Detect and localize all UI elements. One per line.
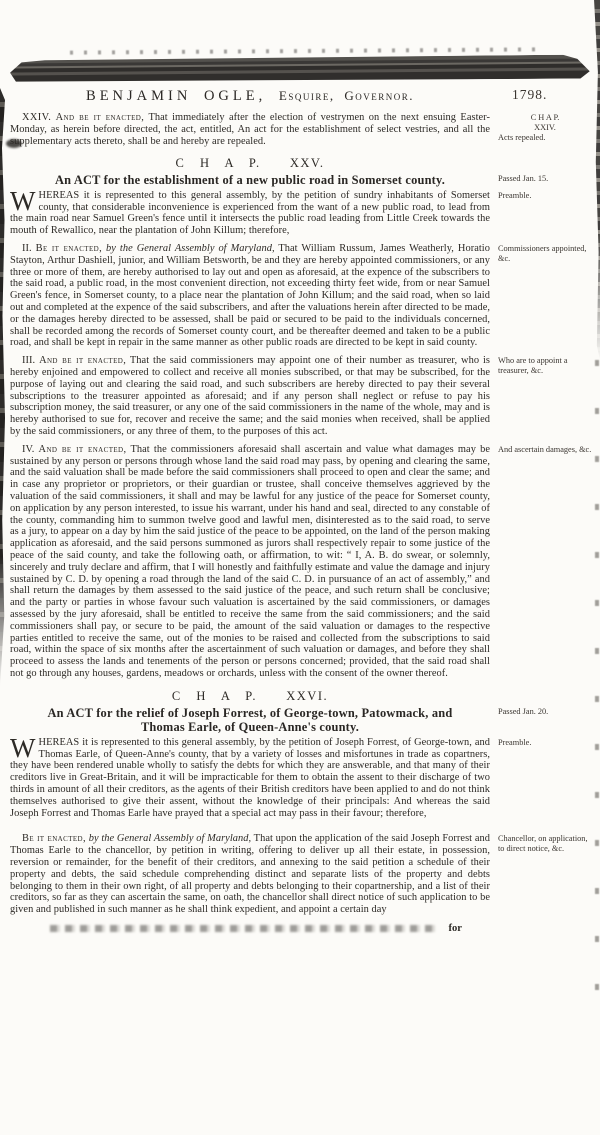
margin-chap-num: XXIV. [498,123,592,133]
margin-preamble: Preamble. [498,737,592,826]
section-number: IV. [22,444,34,455]
chapter-xxv-heading-row: C H A P. XXV. [10,153,592,173]
section-xxvi-enacted-row: Be it enacted, by the General Assembly o… [10,833,592,922]
preamble-xxv: WHEREAS it is represented to this genera… [10,190,490,237]
section-iii-row: III. And be it enacted, That the said co… [10,355,592,444]
chap-word: C H A P. [172,689,257,703]
chap-number: XXVI. [286,689,328,703]
act-xxvi-title: An ACT for the relief of Joseph Forrest,… [10,706,490,735]
section-number: II. [22,243,32,254]
page-right-edge-specks [595,360,599,1000]
section-text: That William Russum, James Weatherly, Ho… [10,243,490,348]
catchword-row: for [10,923,592,934]
page-right-edge-shadow [593,0,600,360]
act-xxvi-title-row: An ACT for the relief of Joseph Forrest,… [10,706,592,737]
margin-chap: C H A P. [498,113,592,123]
catchword: for [448,923,490,934]
section-ii-row: II. Be it enacted, by the General Assemb… [10,243,592,355]
enacting-words: And be it enacted, [56,112,145,123]
section-text: That the said commissioners may appoint … [10,355,490,437]
margin-passed-jan-20: Passed Jan. 20. [498,706,592,737]
chapter-xxv-heading: C H A P. XXV. [10,156,490,171]
preamble-text: HEREAS it is represented to this general… [10,737,490,819]
act-title-line-1: An ACT for the relief of Joseph Forrest,… [10,706,490,721]
year-label: 1798. [498,88,592,105]
section-xxiv-paragraph: XXIV. And be it enacted, That immediatel… [10,112,490,147]
section-iv-paragraph: IV. And be it enacted, That the commissi… [10,444,490,680]
chapter-xxvi-heading: C H A P. XXVI. [10,689,490,704]
margin-commissioners: Commissioners appointed, &c. [498,243,592,355]
governor-name: BENJAMIN OGLE, [86,88,266,104]
act-xxv-title-row: An ACT for the establishment of a new pu… [10,173,592,190]
enacting-words: Be it enacted, [22,833,86,844]
section-iii-paragraph: III. And be it enacted, That the said co… [10,355,490,438]
enacting-words: And be it enacted, [39,355,126,366]
scan-speckle-line [70,47,540,54]
margin-treasurer: Who are to appoint a treasurer, &c. [498,355,592,444]
page-content: BENJAMIN OGLE, Esquire, Governor. 1798. … [10,88,592,934]
margin-chancellor: Chancellor, on application, to direct no… [498,833,592,922]
page-top-edge-shadow [10,54,592,83]
drop-cap: W [10,737,39,759]
preamble-text: HEREAS it is represented to this general… [10,190,490,236]
margin-acts-repealed: Acts repealed. [498,133,592,143]
margin-preamble: Preamble. [498,190,592,243]
preamble-xxvi: WHEREAS it is represented to this genera… [10,737,490,820]
chapter-xxvi-heading-row: C H A P. XXVI. [10,686,592,706]
running-head: BENJAMIN OGLE, Esquire, Governor. 1798. [10,88,592,105]
enacting-authority: by the General Assembly of Maryland, [89,833,251,844]
section-number: XXIV. [22,112,51,123]
section-number: III. [22,355,35,366]
act-xxv-title: An ACT for the establishment of a new pu… [10,173,490,188]
governor-heading: BENJAMIN OGLE, Esquire, Governor. [10,88,490,105]
margin-note-chap-xxiv: C H A P. XXIV. Acts repealed. [498,112,592,153]
section-text: That the commissioners aforesaid shall a… [10,444,490,679]
ink-smudge-line [50,925,440,932]
section-iv-row: IV. And be it enacted, That the commissi… [10,444,592,686]
drop-cap: W [10,190,39,212]
section-xxiv: XXIV. And be it enacted, That immediatel… [10,112,592,153]
margin-passed-jan-15: Passed Jan. 15. [498,173,592,190]
preamble-xxv-row: WHEREAS it is represented to this genera… [10,190,592,243]
section-xxvi-paragraph: Be it enacted, by the General Assembly o… [10,833,490,916]
chap-word: C H A P. [176,156,261,170]
act-title-line-2: Thomas Earle, of Queen-Anne's county. [10,720,490,735]
section-text: That upon the application of the said Jo… [10,833,490,915]
section-ii-paragraph: II. Be it enacted, by the General Assemb… [10,243,490,349]
enacting-authority: by the General Assembly of Maryland, [106,243,275,254]
enacting-words: Be it enacted, [36,243,102,254]
chap-number: XXV. [290,156,325,170]
enacting-words: And be it enacted, [39,444,127,455]
page-left-edge-shadow [0,88,5,688]
margin-damages: And ascertain damages, &c. [498,444,592,686]
governor-title: Esquire, Governor. [279,88,414,103]
preamble-xxvi-row: WHEREAS it is represented to this genera… [10,737,592,826]
